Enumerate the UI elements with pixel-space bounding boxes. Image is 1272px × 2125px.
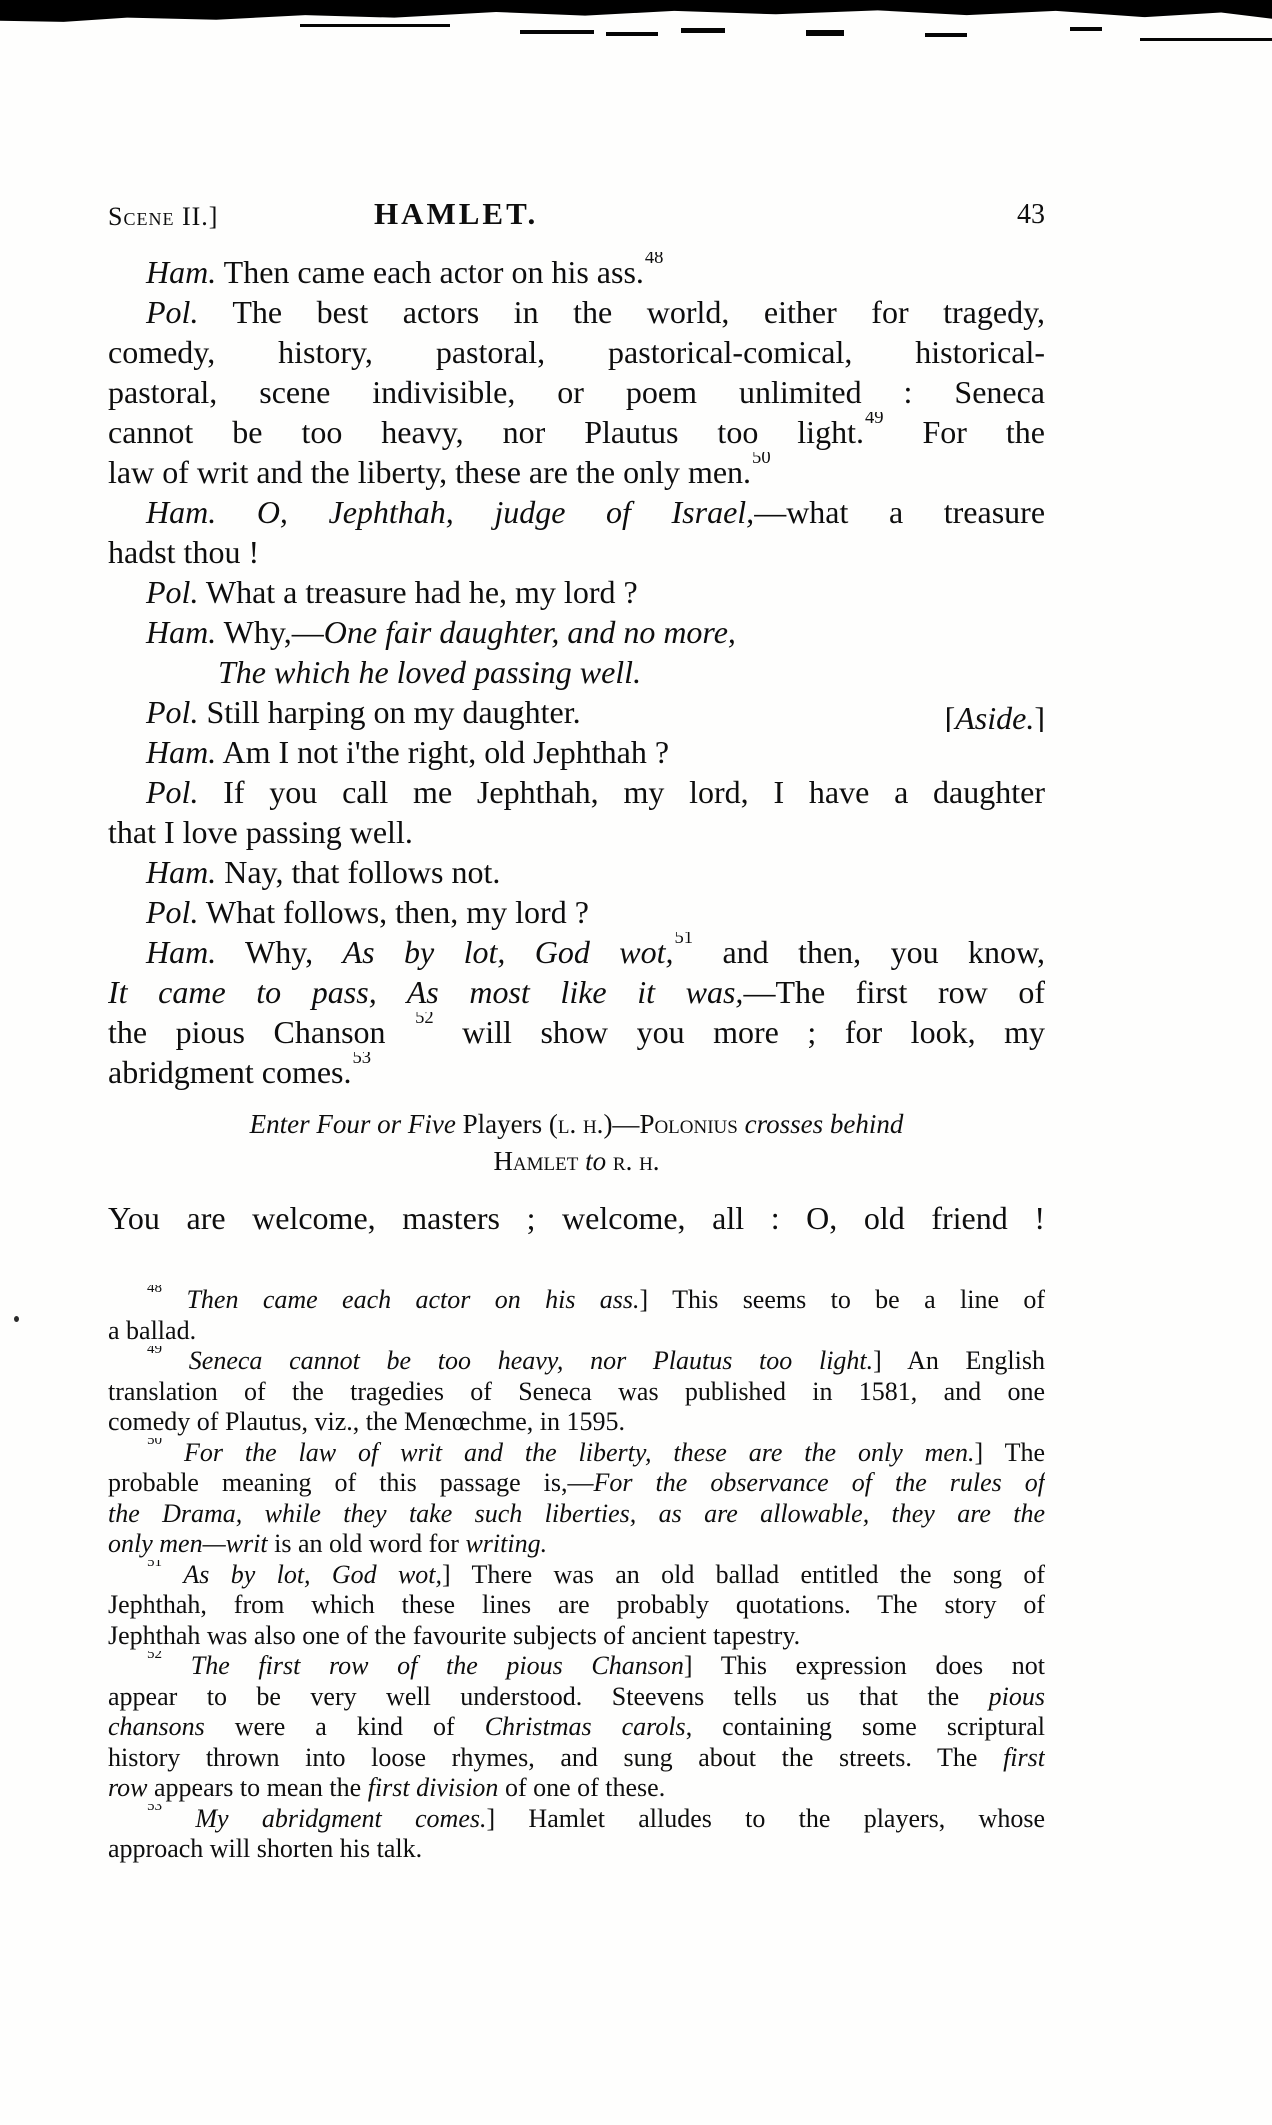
text-line: The which he loved passing well. [108, 652, 1045, 692]
aside-stage-note: [Aside.] [945, 698, 1045, 732]
text-segment: first [1003, 1743, 1045, 1772]
text-line: Enter Four or Five Players (l. h.)—Polon… [108, 1106, 1045, 1143]
text-segment: Pol. [146, 774, 198, 810]
text-segment: Ham. [146, 614, 216, 650]
text-segment: the pious Chanson [108, 1014, 414, 1050]
text-segment [162, 1804, 195, 1833]
text-line: 51 As by lot, God wot,] There was an old… [108, 1560, 1045, 1591]
text-segment: The which he loved passing well. [218, 654, 641, 690]
text-segment [606, 1146, 613, 1176]
text-segment [738, 1109, 745, 1139]
text-line: comedy, history, pastoral, pastorical-co… [108, 332, 1045, 372]
text-segment: Pol. [146, 294, 198, 330]
text-line: 49 Seneca cannot be too heavy, nor Plaut… [108, 1346, 1045, 1377]
text-segment: pastoral, scene indivisible, or poem unl… [108, 374, 1045, 410]
text-line: only men—writ is an old word for writing… [108, 1529, 1045, 1560]
text-line: chansons were a kind of Christmas carols… [108, 1712, 1045, 1743]
scan-artifact [606, 32, 658, 36]
text-segment: , containing some scriptural [686, 1712, 1045, 1741]
text-segment: appear to be very well understood. Steev… [108, 1682, 989, 1711]
text-line: that I love passing well. [108, 812, 1045, 852]
text-segment: It came to pass, As most like it was, [108, 974, 743, 1010]
text-segment: Enter Four or Five [250, 1109, 463, 1139]
text-segment: will show you more ; for look, my [434, 1014, 1045, 1050]
text-segment: Players ( [463, 1109, 558, 1139]
text-segment: Hamlet [493, 1146, 578, 1176]
text-segment: ] Hamlet alludes to the players, whose [486, 1804, 1045, 1833]
text-line: Ham. Why, As by lot, God wot,51 and then… [108, 932, 1045, 972]
text-line: You are welcome, masters ; welcome, all … [108, 1198, 1045, 1238]
text-segment: ] There was an old ballad entitled the s… [442, 1560, 1045, 1589]
footnotes: 48 Then came each actor on his ass.] Thi… [108, 1285, 1045, 1865]
text-segment: the Drama, while they take such libertie… [108, 1499, 1045, 1528]
text-segment: hadst thou ! [108, 534, 259, 570]
text-segment: For the [884, 414, 1045, 450]
text-segment: chansons [108, 1712, 205, 1741]
scan-speck [14, 1316, 19, 1322]
text-line: Ham. Nay, that follows not. [108, 852, 1045, 892]
scan-edge-bar [0, 0, 1272, 26]
text-segment: l. h. [558, 1109, 604, 1139]
text-segment: history thrown into loose rhymes, and su… [108, 1743, 1003, 1772]
text-segment [162, 1346, 189, 1375]
text-line: the Drama, while they take such libertie… [108, 1499, 1045, 1530]
text-segment: r. h. [613, 1146, 660, 1176]
text-segment: Polonius [639, 1109, 737, 1139]
scan-artifact [300, 24, 450, 27]
scan-artifact [1070, 27, 1102, 31]
text-line: row appears to mean the first division o… [108, 1773, 1045, 1804]
text-segment: of one of these. [498, 1773, 665, 1802]
text-segment: Nay, that follows not. [216, 854, 500, 890]
text-segment: —The first row of [743, 974, 1045, 1010]
text-segment: pious [989, 1682, 1045, 1711]
text-segment: ] [1034, 700, 1045, 732]
text-line: 50 For the law of writ and the liberty, … [108, 1438, 1045, 1469]
text-segment: ] The [974, 1438, 1045, 1467]
text-segment: What follows, then, my lord ? [198, 894, 588, 930]
scan-artifact [1140, 38, 1272, 41]
text-segment: to [585, 1146, 606, 1176]
footnote-ref: 51 [675, 932, 694, 948]
text-segment: probable meaning of this passage is,— [108, 1468, 594, 1497]
text-line: Hamlet to r. h. [108, 1143, 1045, 1180]
text-segment: abridgment comes. [108, 1054, 351, 1090]
text-segment: Then came each actor on his ass. [216, 254, 644, 290]
text-segment: law of writ and the liberty, these are t… [108, 454, 751, 490]
text-segment: Why, [216, 934, 342, 970]
footnote-ref: 49 [865, 412, 884, 428]
text-line: abridgment comes.53 [108, 1052, 1045, 1092]
footnote-ref: 48 [147, 1285, 162, 1296]
text-segment: first division [368, 1773, 499, 1802]
text-segment: writing. [465, 1529, 547, 1558]
text-segment: The best actors in the world, either for… [198, 294, 1045, 330]
text-segment: Pol. [146, 574, 198, 610]
text-segment: Aside. [955, 700, 1034, 732]
text-segment [162, 1651, 191, 1680]
text-segment: ] An English [873, 1346, 1045, 1375]
text-segment: Ham. [146, 854, 216, 890]
scan-artifact [925, 33, 967, 37]
text-line: It came to pass, As most like it was,—Th… [108, 972, 1045, 1012]
scan-artifact [681, 28, 725, 33]
scene-label: Scene II.] [108, 202, 218, 232]
text-segment: Still harping on my daughter. [198, 694, 580, 730]
text-segment: Pol. [146, 894, 198, 930]
text-line: Ham. Am I not i'the right, old Jephthah … [108, 732, 1045, 772]
footnote-ref: 52 [147, 1651, 162, 1662]
footnote-ref: 50 [147, 1438, 162, 1449]
footnote-ref: 49 [147, 1346, 162, 1357]
text-segment: Seneca cannot be too heavy, nor Plautus … [189, 1346, 873, 1375]
text-line: Pol. The best actors in the world, eithe… [108, 292, 1045, 332]
text-line: a ballad. [108, 1316, 1045, 1347]
page-number: 43 [1017, 199, 1045, 231]
scan-artifact [520, 30, 594, 34]
text-segment: Then came each actor on his ass. [186, 1285, 639, 1314]
dialogue-text: Ham. Then came each actor on his ass.48P… [108, 252, 1045, 1092]
text-segment: Ham. [146, 934, 216, 970]
text-segment: )— [603, 1109, 639, 1139]
text-segment: a ballad. [108, 1316, 196, 1345]
text-line: Ham. Then came each actor on his ass.48 [108, 252, 1045, 292]
text-segment: The first row of the pious Chanson [191, 1651, 684, 1680]
text-segment: Ham. [146, 494, 216, 530]
text-segment: comedy, history, pastoral, pastorical-co… [108, 334, 1045, 370]
footnote-ref: 51 [147, 1560, 162, 1571]
text-line: [Aside.]Pol. Still harping on my daughte… [108, 692, 1045, 732]
text-segment: One fair daughter, and no more, [324, 614, 736, 650]
text-line: translation of the tragedies of Seneca w… [108, 1377, 1045, 1408]
footnote-ref: 53 [147, 1804, 162, 1815]
text-segment: Why,— [216, 614, 324, 650]
text-segment: is an old word for [268, 1529, 466, 1558]
text-segment: Pol. [146, 694, 198, 730]
text-line: probable meaning of this passage is,—For… [108, 1468, 1045, 1499]
text-segment [216, 494, 257, 530]
text-segment: O, Jephthah, judge of Israel, [257, 494, 754, 530]
text-line: 53 My abridgment comes.] Hamlet alludes … [108, 1804, 1045, 1835]
text-segment: You are welcome, masters ; welcome, all … [108, 1200, 1045, 1236]
text-line: Jephthah was also one of the favourite s… [108, 1621, 1045, 1652]
text-segment: appears to mean the [148, 1773, 368, 1802]
text-line: 48 Then came each actor on his ass.] Thi… [108, 1285, 1045, 1316]
text-line: cannot be too heavy, nor Plautus too lig… [108, 412, 1045, 452]
text-line: 52 The first row of the pious Chanson] T… [108, 1651, 1045, 1682]
text-line: Pol. What a treasure had he, my lord ? [108, 572, 1045, 612]
text-segment: ] This seems to be a line of [640, 1285, 1045, 1314]
text-segment: cannot be too heavy, nor Plautus too lig… [108, 414, 864, 450]
text-segment: As by lot, God wot, [183, 1560, 442, 1589]
text-segment: translation of the tragedies of Seneca w… [108, 1377, 1045, 1406]
text-segment: For the observance of the rules of [594, 1468, 1045, 1497]
text-line: history thrown into loose rhymes, and su… [108, 1743, 1045, 1774]
text-line: Pol. If you call me Jephthah, my lord, I… [108, 772, 1045, 812]
text-segment: —what a treasure [754, 494, 1045, 530]
stage-direction: Enter Four or Five Players (l. h.)—Polon… [108, 1106, 1045, 1180]
text-segment: Christmas carols [485, 1712, 686, 1741]
text-segment: row [108, 1773, 148, 1802]
text-segment: crosses behind [745, 1109, 904, 1139]
text-line: hadst thou ! [108, 532, 1045, 572]
text-segment: My abridgment comes. [195, 1804, 486, 1833]
text-segment: comedy of Plautus, viz., the Menœchme, i… [108, 1407, 625, 1436]
text-segment: Jephthah, from which these lines are pro… [108, 1590, 1045, 1619]
text-line: law of writ and the liberty, these are t… [108, 452, 1045, 492]
text-segment [162, 1285, 186, 1314]
page-title: HAMLET. [374, 196, 538, 232]
text-segment: and then, you know, [693, 934, 1045, 970]
running-header: Scene II.] HAMLET. 43 [108, 196, 1045, 240]
text-segment [162, 1560, 183, 1589]
text-segment [162, 1438, 184, 1467]
text-line: the pious Chanson 52 will show you more … [108, 1012, 1045, 1052]
text-line: comedy of Plautus, viz., the Menœchme, i… [108, 1407, 1045, 1438]
text-segment: For the law of writ and the liberty, the… [184, 1438, 974, 1467]
text-line: appear to be very well understood. Steev… [108, 1682, 1045, 1713]
text-segment: Jephthah was also one of the favourite s… [108, 1621, 800, 1650]
book-page-scan: Scene II.] HAMLET. 43 Ham. Then came eac… [0, 0, 1272, 2125]
text-segment: Ham. [146, 254, 216, 290]
text-segment: that I love passing well. [108, 814, 413, 850]
text-line: Ham. Why,—One fair daughter, and no more… [108, 612, 1045, 652]
text-segment: were a kind of [205, 1712, 485, 1741]
text-line: pastoral, scene indivisible, or poem unl… [108, 372, 1045, 412]
text-line: Pol. What follows, then, my lord ? [108, 892, 1045, 932]
text-segment: only men—writ [108, 1529, 268, 1558]
text-line: Jephthah, from which these lines are pro… [108, 1590, 1045, 1621]
text-segment: What a treasure had he, my lord ? [198, 574, 637, 610]
text-segment: Ham. [146, 734, 216, 770]
text-line: approach will shorten his talk. [108, 1834, 1045, 1865]
footnote-ref: 48 [645, 252, 664, 268]
footnote-ref: 50 [752, 452, 771, 468]
text-segment: As by lot, God wot, [343, 934, 674, 970]
hamlet-welcome-line: You are welcome, masters ; welcome, all … [108, 1198, 1045, 1238]
footnote-ref: 52 [415, 1012, 434, 1028]
text-segment: ] This expression does not [684, 1651, 1045, 1680]
text-segment: If you call me Jephthah, my lord, I have… [198, 774, 1045, 810]
scan-artifact [806, 30, 844, 36]
text-segment: [ [945, 700, 956, 732]
text-segment: approach will shorten his talk. [108, 1834, 422, 1863]
text-line: Ham. O, Jephthah, judge of Israel,—what … [108, 492, 1045, 532]
text-segment: Am I not i'the right, old Jephthah ? [216, 734, 669, 770]
footnote-ref: 53 [352, 1052, 371, 1068]
